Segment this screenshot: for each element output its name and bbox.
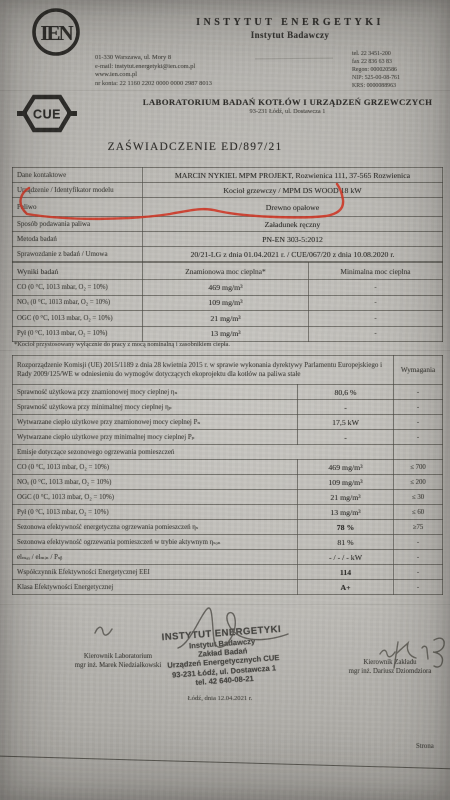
table-row: NOₓ (0 °C, 1013 mbar, O₂ = 10%)109 mg/m³… xyxy=(13,475,443,490)
ecodesign-table: Rozporządzenie Komisji (UE) 2015/1189 z … xyxy=(12,355,443,595)
row-value: 109 mg/m³ xyxy=(298,475,394,490)
contact-line: NIP: 525-00-08-761 xyxy=(352,74,400,82)
row-value: 469 mg/m³ xyxy=(143,280,309,296)
row-value: 21 mg/m³ xyxy=(298,490,394,505)
row-value: - xyxy=(309,280,443,296)
table-row: Sezonowa efektywność ogrzewania pomieszc… xyxy=(13,535,443,550)
regulation-header: Rozporządzenie Komisji (UE) 2015/1189 z … xyxy=(13,356,394,385)
emissions-section-label: Emisje dotyczące sezonowego ogrzewania p… xyxy=(13,445,394,460)
row-label: Sezonowa efektywność ogrzewania pomieszc… xyxy=(13,535,298,550)
lab-name: LABORATORIUM BADAŃ KOTŁÓW I URZĄDZEŃ GRZ… xyxy=(125,97,450,107)
contact-line: fax 22 836 63 83 xyxy=(352,58,400,66)
row-value: 469 mg/m³ xyxy=(298,460,394,475)
contact-line: Regon: 000020586 xyxy=(352,66,400,74)
row-value: 13 mg/m³ xyxy=(143,326,309,342)
row-label: Pył (0 °C, 1013 mbar, O₂ = 10%) xyxy=(13,326,143,342)
row-value: 78 % xyxy=(298,520,394,535)
row-label: Sprawność użytkowa przy znamionowej mocy… xyxy=(13,385,298,400)
contact-line: tel. 22 3451-200 xyxy=(352,50,400,58)
row-value: - xyxy=(309,311,443,327)
row-label: Wytwarzane ciepło użytkowe przy znamiono… xyxy=(13,415,298,430)
address-line: e-mail: instytut.energetyki@ien.com.pl xyxy=(95,63,212,72)
row-value: - / - / - kW xyxy=(298,550,394,565)
table-row: Pył (0 °C, 1013 mbar, O₂ = 10%)13 mg/m³- xyxy=(13,326,443,342)
svg-text:CUE: CUE xyxy=(33,108,61,122)
row-value: 13 mg/m³ xyxy=(298,505,394,520)
institute-name: INSTYTUT ENERGETYKI xyxy=(140,17,440,28)
row-label: CO (0 °C, 1013 mbar, O₂ = 10%) xyxy=(13,460,298,475)
row-label: Sprawność użytkowa przy minimalnej mocy … xyxy=(13,400,298,415)
table-row: Sprawność użytkowa przy minimalnej mocy … xyxy=(13,400,443,415)
table-row: NOₓ (0 °C, 1013 mbar, O₂ = 10%)109 mg/m³… xyxy=(13,295,443,311)
row-label: Wytwarzane ciepło użytkowe przy minimaln… xyxy=(13,430,298,445)
row-requirement: ≤ 60 xyxy=(394,505,443,520)
table-row: Wytwarzane ciepło użytkowe przy znamiono… xyxy=(13,415,443,430)
row-label: CO (0 °C, 1013 mbar, O₂ = 10%) xyxy=(13,280,143,296)
institute-subtitle: Instytut Badawczy xyxy=(140,30,440,40)
crease-line xyxy=(0,90,450,91)
svg-text:IEN: IEN xyxy=(40,21,73,45)
row-value: Drewno opałowe xyxy=(143,198,443,217)
row-requirement: ≤ 200 xyxy=(394,475,443,490)
table-header-row: Rozporządzenie Komisji (UE) 2015/1189 z … xyxy=(13,356,443,385)
institute-address: 01-330 Warszawa, ul. Mory 8 e-mail: inst… xyxy=(95,54,212,88)
table-row: OGC (0 °C, 1013 mbar, O₂ = 10%)21 mg/m³≤… xyxy=(13,490,443,505)
left-signature xyxy=(70,600,310,660)
row-value: A+ xyxy=(298,580,394,595)
row-requirement: - xyxy=(394,535,443,550)
table-row: Urządzenie / Identyfikator modeluKocioł … xyxy=(13,183,443,198)
row-label: Sposób podawania paliwa xyxy=(13,217,143,232)
date-line: Łódź, dnia 12.04.2021 r. xyxy=(150,695,290,702)
row-label: OGC (0 °C, 1013 mbar, O₂ = 10%) xyxy=(13,311,143,327)
row-label: elₘₐₓ / elₘᵢₙ / Pₛᵦ xyxy=(13,550,298,565)
cue-logo-icon: CUE xyxy=(16,93,78,140)
row-label: Urządzenie / Identyfikator modelu xyxy=(13,183,143,198)
table-row: Metoda badańPN-EN 303-5:2012 xyxy=(13,232,443,247)
row-requirement: - xyxy=(394,550,443,565)
lab-address: 93-231 Łódź, ul. Dostawcza 1 xyxy=(125,108,450,115)
row-label: NOₓ (0 °C, 1013 mbar, O₂ = 10%) xyxy=(13,295,143,311)
crease-line xyxy=(0,350,450,351)
address-line: 01-330 Warszawa, ul. Mory 8 xyxy=(95,54,212,63)
row-value: PN-EN 303-5:2012 xyxy=(143,232,443,247)
row-value: 109 mg/m³ xyxy=(143,295,309,311)
row-label: Sezonowa efektywność energetyczna ogrzew… xyxy=(13,520,298,535)
row-value: 21 mg/m³ xyxy=(143,311,309,327)
table-row: Sprawozdanie z badań / Umowa20/21-LG z d… xyxy=(13,247,443,262)
table-row: Współczynnik Efektywności Energetycznej … xyxy=(13,565,443,580)
row-value: - xyxy=(298,400,394,415)
row-value: 17,5 kW xyxy=(298,415,394,430)
document-title: ZAŚWIADCZENIE ED/897/21 xyxy=(50,141,340,153)
row-value: 81 % xyxy=(298,535,394,550)
table-row: elₘₐₓ / elₘᵢₙ / Pₛᵦ- / - / - kW- xyxy=(13,550,443,565)
row-value: - xyxy=(309,295,443,311)
row-requirement: - xyxy=(394,415,443,430)
row-value: 20/21-LG z dnia 01.04.2021 r. / CUE/067/… xyxy=(143,247,443,262)
row-label: Sprawozdanie z badań / Umowa xyxy=(13,247,143,262)
row-value: - xyxy=(309,326,443,342)
table-row: Sprawność użytkowa przy znamionowej mocy… xyxy=(13,385,443,400)
scan-artifact-line xyxy=(255,58,333,60)
column-header: Wyniki badań xyxy=(13,263,143,280)
row-requirement: - xyxy=(394,430,443,445)
document-photo: IEN INSTYTUT ENERGETYKI Instytut Badawcz… xyxy=(0,0,450,800)
row-label: OGC (0 °C, 1013 mbar, O₂ = 10%) xyxy=(13,490,298,505)
results-footnote: *Kocioł przystosowany wyłącznie do pracy… xyxy=(14,341,230,348)
row-label: Dane kontaktowe xyxy=(13,168,143,183)
row-label: Klasa Efektywności Energetycznej xyxy=(13,580,298,595)
row-value: 80,6 % xyxy=(298,385,394,400)
page-label: Strona xyxy=(416,743,434,750)
table-section-row: Emisje dotyczące sezonowego ogrzewania p… xyxy=(13,445,443,460)
right-signature xyxy=(372,632,450,680)
row-requirement: ≥75 xyxy=(394,520,443,535)
table-row: Wytwarzane ciepło użytkowe przy minimaln… xyxy=(13,430,443,445)
row-value: - xyxy=(298,430,394,445)
row-label: Paliwo xyxy=(13,198,143,217)
footer-rule xyxy=(0,755,450,769)
ien-logo-icon: IEN xyxy=(30,6,82,63)
column-header: Minimalna moc cieplna xyxy=(309,263,443,280)
empty-cell xyxy=(394,445,443,460)
row-label: Pył (0 °C, 1013 mbar, O₂ = 10%) xyxy=(13,505,298,520)
table-row: Dane kontaktoweMARCIN NYKIEL MPM PROJEKT… xyxy=(13,168,443,183)
row-requirement: - xyxy=(394,385,443,400)
test-results-table: Wyniki badań Znamionowa moc cieplna* Min… xyxy=(12,262,443,342)
table-row: CO (0 °C, 1013 mbar, O₂ = 10%)469 mg/m³- xyxy=(13,280,443,296)
table-row: Klasa Efektywności EnergetycznejA+- xyxy=(13,580,443,595)
institute-contact: tel. 22 3451-200 fax 22 836 63 83 Regon:… xyxy=(352,50,400,90)
row-label: Współczynnik Efektywności Energetycznej … xyxy=(13,565,298,580)
requirements-header: Wymagania xyxy=(394,356,443,385)
row-value: Kocioł grzewczy / MPM DS WOOD 18 kW xyxy=(143,183,443,198)
contact-info-table: Dane kontaktoweMARCIN NYKIEL MPM PROJEKT… xyxy=(12,167,443,262)
row-label: NOₓ (0 °C, 1013 mbar, O₂ = 10%) xyxy=(13,475,298,490)
column-header: Znamionowa moc cieplna* xyxy=(143,263,309,280)
table-row-fuel: PaliwoDrewno opałowe xyxy=(13,198,443,217)
address-line: nr konta: 22 1160 2202 0000 0000 2987 80… xyxy=(95,80,212,89)
table-row: Sezonowa efektywność energetyczna ogrzew… xyxy=(13,520,443,535)
row-value: MARCIN NYKIEL MPM PROJEKT, Rozwienica 11… xyxy=(143,168,443,183)
row-requirement: ≤ 30 xyxy=(394,490,443,505)
row-requirement: - xyxy=(394,580,443,595)
row-label: Metoda badań xyxy=(13,232,143,247)
table-row: CO (0 °C, 1013 mbar, O₂ = 10%)469 mg/m³≤… xyxy=(13,460,443,475)
table-row: Pył (0 °C, 1013 mbar, O₂ = 10%)13 mg/m³≤… xyxy=(13,505,443,520)
row-value: 114 xyxy=(298,565,394,580)
row-requirement: - xyxy=(394,400,443,415)
table-row: OGC (0 °C, 1013 mbar, O₂ = 10%)21 mg/m³- xyxy=(13,311,443,327)
table-header-row: Wyniki badań Znamionowa moc cieplna* Min… xyxy=(13,263,443,280)
table-row: Sposób podawania paliwaZaładunek ręczny xyxy=(13,217,443,232)
address-line: www.ien.com.pl xyxy=(95,71,212,80)
row-value: Załadunek ręczny xyxy=(143,217,443,232)
contact-line: KRS: 0000088963 xyxy=(352,82,400,90)
row-requirement: ≤ 700 xyxy=(394,460,443,475)
row-requirement: - xyxy=(394,565,443,580)
